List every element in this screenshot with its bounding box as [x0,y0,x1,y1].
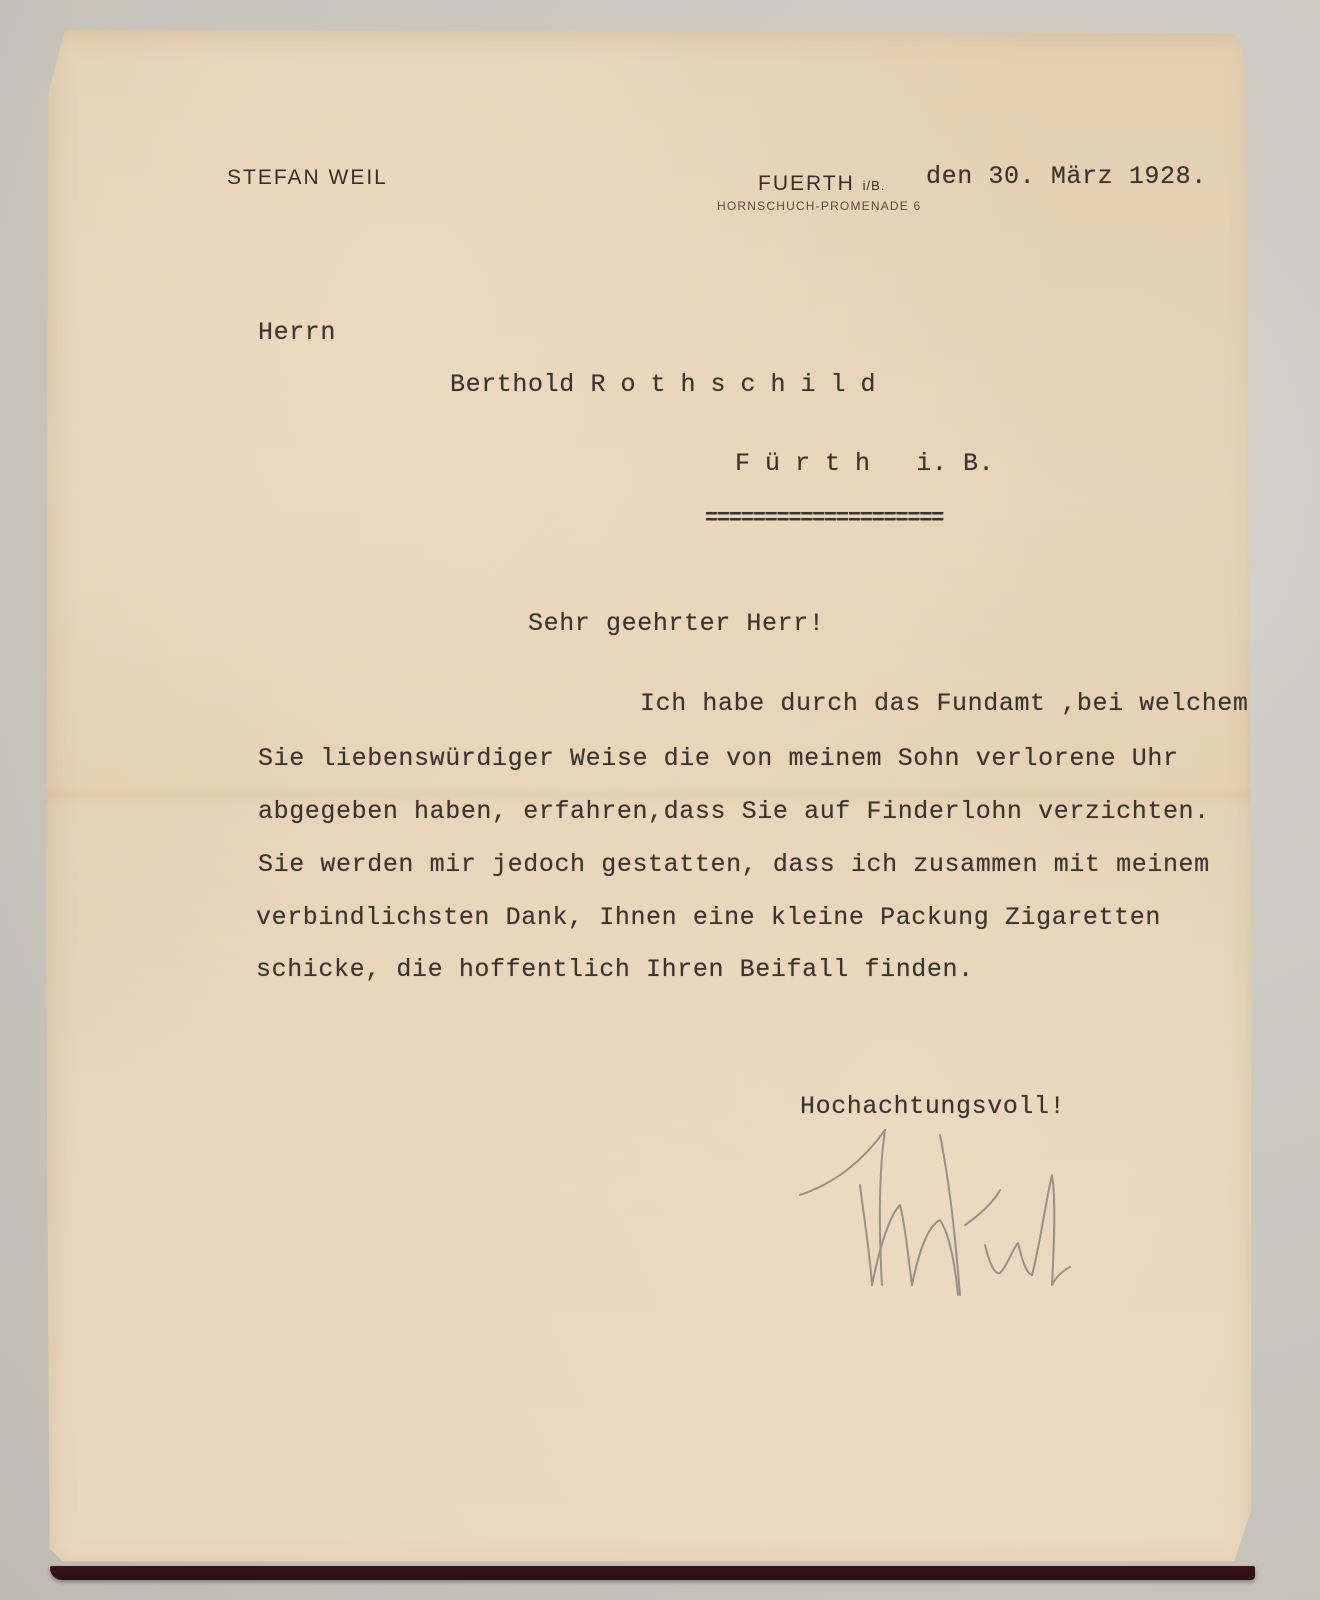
recipient-underline: ==================== [705,506,943,531]
letterhead-address: HORNSCHUCH-PROMENADE 6 [717,199,921,213]
recipient-last-name: Rothschild [590,370,890,399]
recipient-city-name: Fürth [735,449,885,478]
letterhead-city-suffix: i/B. [863,178,886,193]
body-line: verbindlichsten Dank, Ihnen eine kleine … [256,903,1161,932]
signature-icon [790,1125,1090,1305]
paper-bottom-edge [50,1566,1255,1580]
recipient-title: Herrn [258,318,336,347]
body-line: Ich habe durch das Fundamt ,bei welchem [640,689,1249,718]
greeting: Sehr geehrter Herr! [528,609,824,638]
recipient-name: Berthold Rothschild [450,370,890,399]
letter-date: den 30. März 1928. [926,162,1207,191]
recipient-region: i. B. [916,449,994,478]
letterhead-city: FUERTH i/B. [758,172,885,196]
closing: Hochachtungsvoll! [800,1092,1065,1121]
recipient-city: Fürth i. B. [735,449,994,478]
letterhead-sender-name: STEFAN WEIL [227,166,388,190]
body-line: Sie liebenswürdiger Weise die von meinem… [258,744,1179,773]
body-line: Sie werden mir jedoch gestatten, dass ic… [258,850,1210,879]
body-line: schicke, die hoffentlich Ihren Beifall f… [256,955,974,984]
body-line: abgegeben haben, erfahren,dass Sie auf F… [258,797,1210,826]
letterhead-city-name: FUERTH [758,172,855,195]
recipient-first-name: Berthold [450,370,575,399]
